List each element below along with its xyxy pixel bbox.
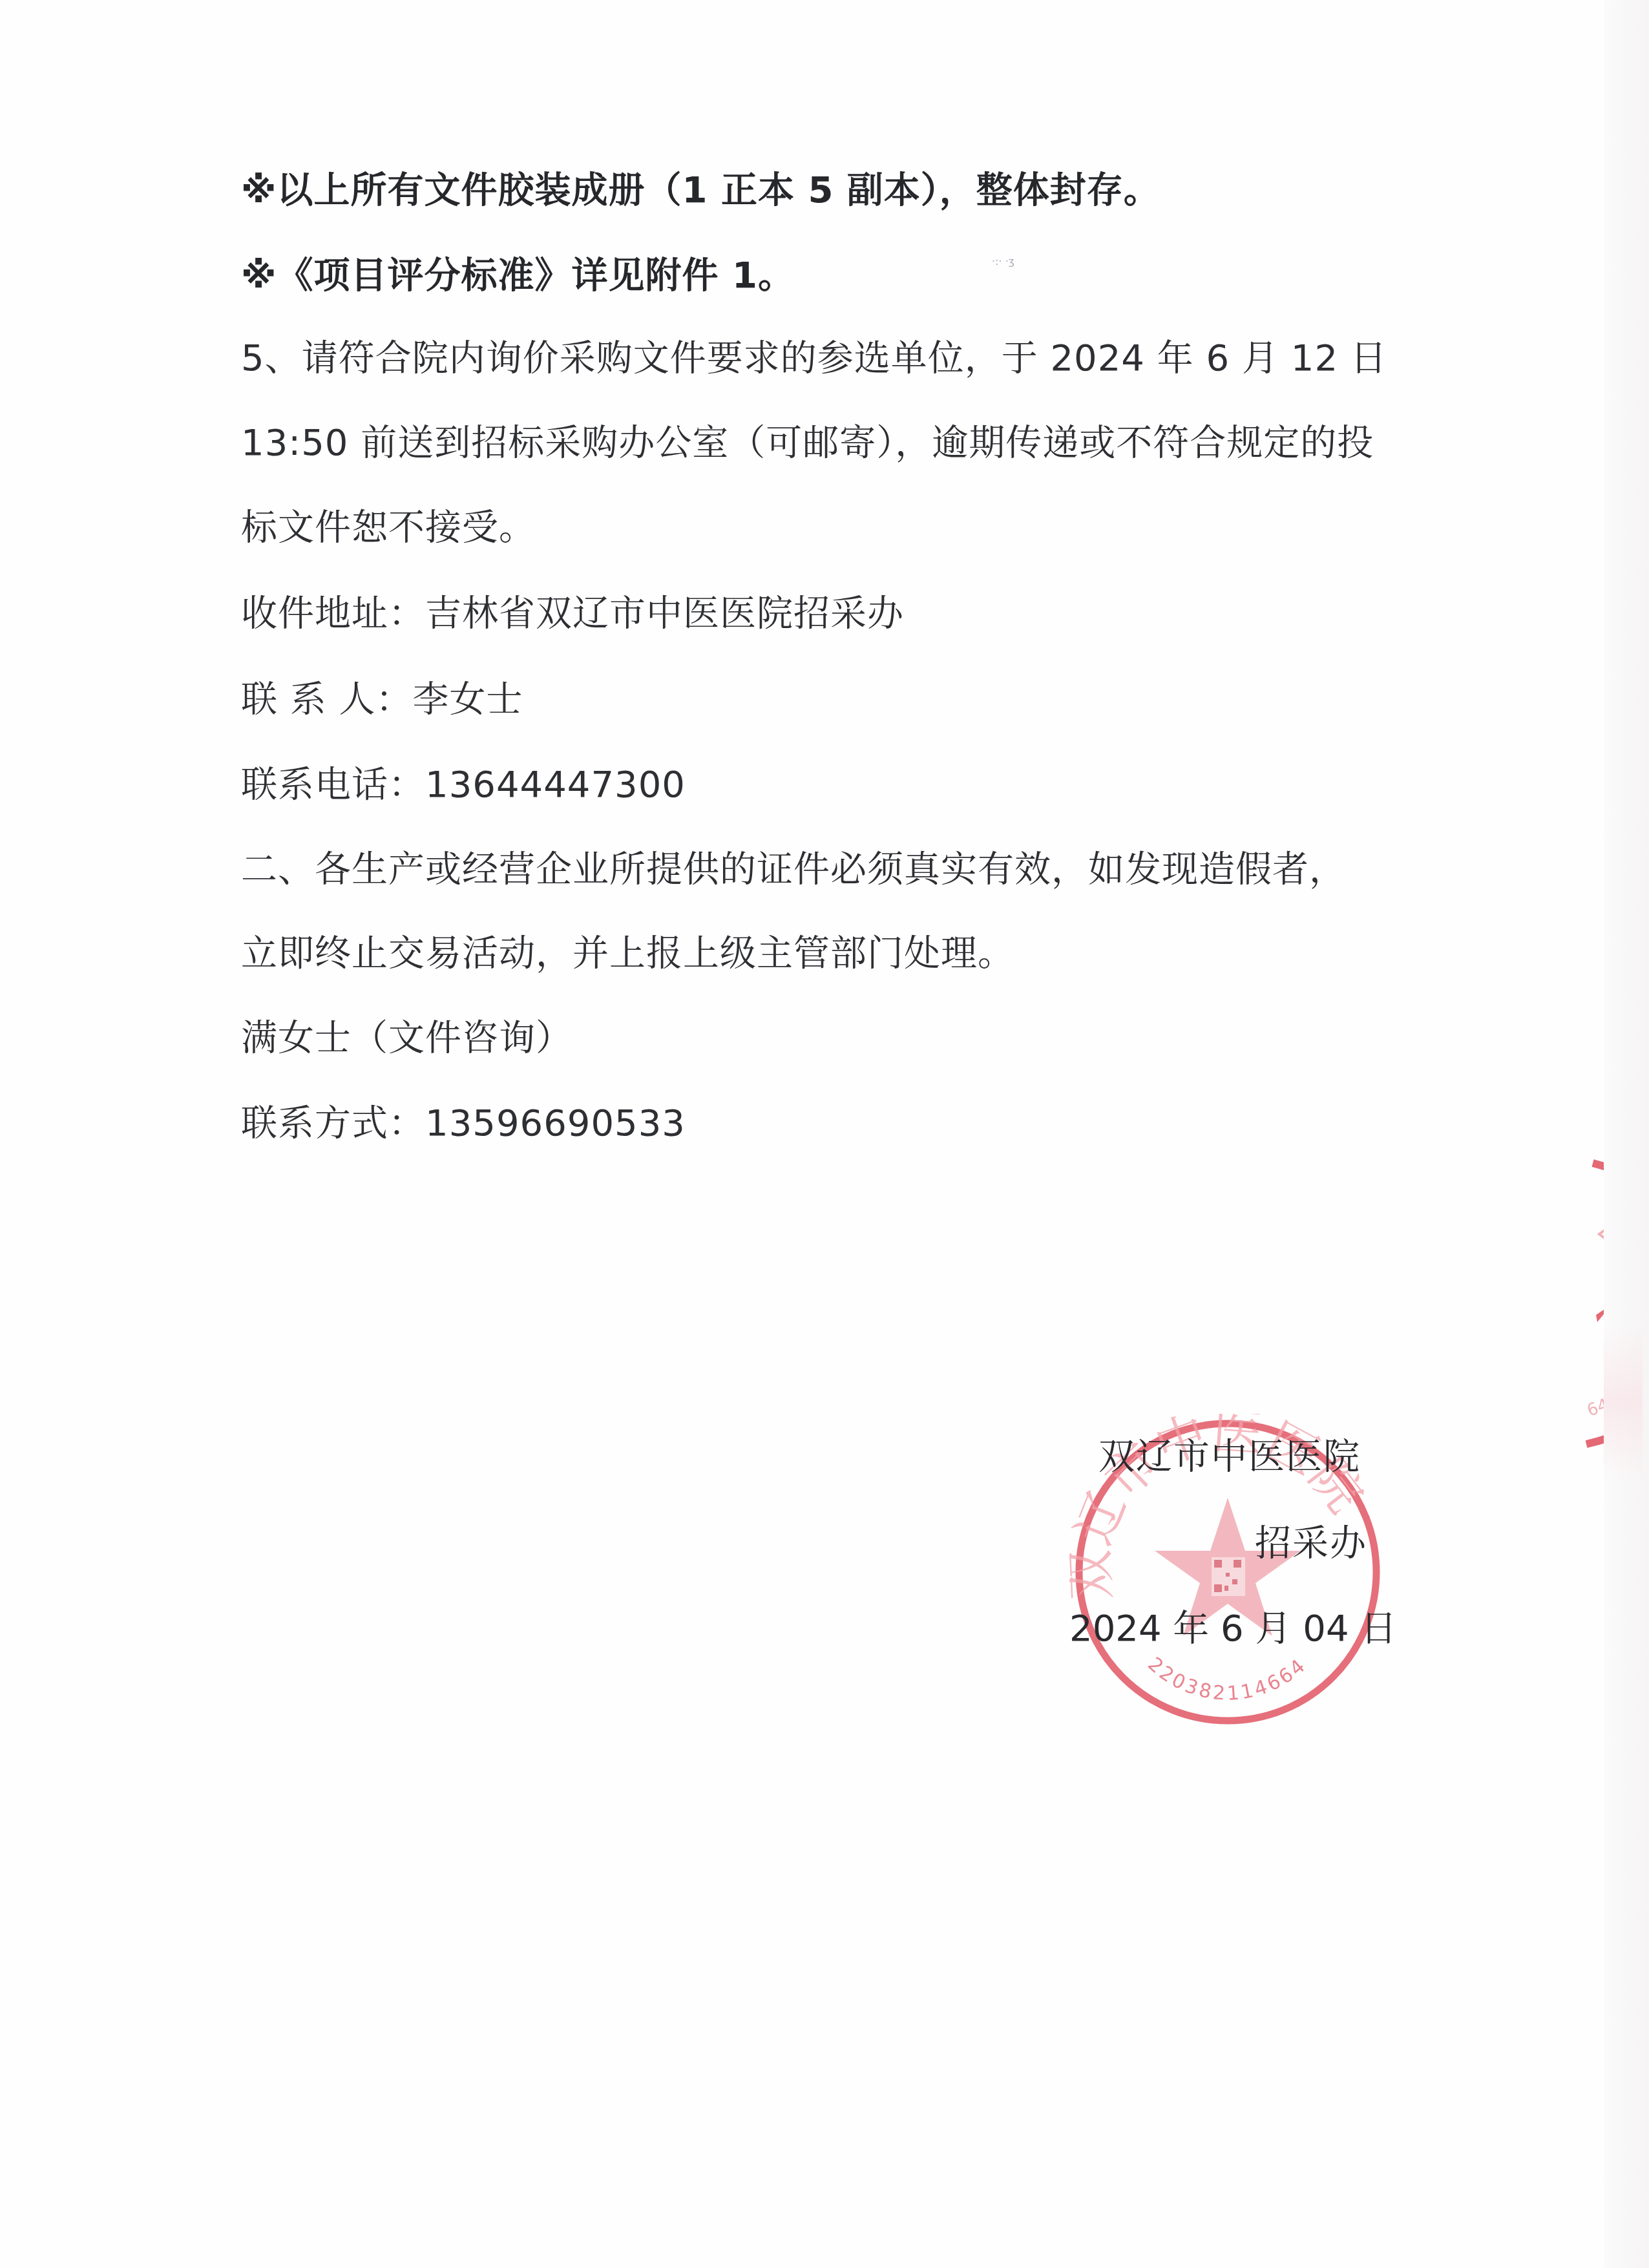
scan-edge-strip [1604, 0, 1649, 2268]
contact-phone: 联系电话：13644447300 [241, 764, 686, 806]
inquiry-contact-phone: 联系方式：13596690533 [241, 1102, 686, 1145]
scoring-standard-note: ※《项目评分标准》详见附件 1。 [241, 255, 795, 297]
submission-instruction-line-3: 标文件恕不接受。 [241, 507, 536, 549]
scan-edge-stamp-bleed [1604, 1325, 1643, 1480]
contact-person: 联 系 人：李女士 [241, 678, 523, 721]
signature-date: 2024 年 6 月 04 日 [1069, 1608, 1396, 1650]
submission-instruction-line-2: 13:50 前送到招标采购办公室（可邮寄），逾期传递或不符合规定的投 [241, 422, 1374, 465]
receiving-address: 收件地址：吉林省双辽市中医医院招采办 [241, 593, 904, 635]
section-two-line-1: 二、各生产或经营企业所提供的证件必须真实有效，如发现造假者， [241, 848, 1346, 891]
submission-instruction-line-1: 5、请符合院内询价采购文件要求的参选单位，于 2024 年 6 月 12 日 [241, 337, 1387, 380]
signature-organization: 双辽市中医医院 [1098, 1436, 1361, 1478]
section-two-line-2: 立即终止交易活动，并上报上级主管部门处理。 [241, 932, 1014, 975]
scanned-page: ※以上所有文件胶装成册（1 正本 5 副本），整体封存。 ※《项目评分标准》详见… [0, 0, 1649, 2268]
inquiry-contact-name: 满女士（文件咨询） [241, 1017, 572, 1060]
binding-note: ※以上所有文件胶装成册（1 正本 5 副本），整体封存。 [241, 169, 1161, 212]
signature-department: 招采办 [1255, 1522, 1367, 1565]
scan-speck: ·:· ·ʒ [992, 255, 1014, 268]
